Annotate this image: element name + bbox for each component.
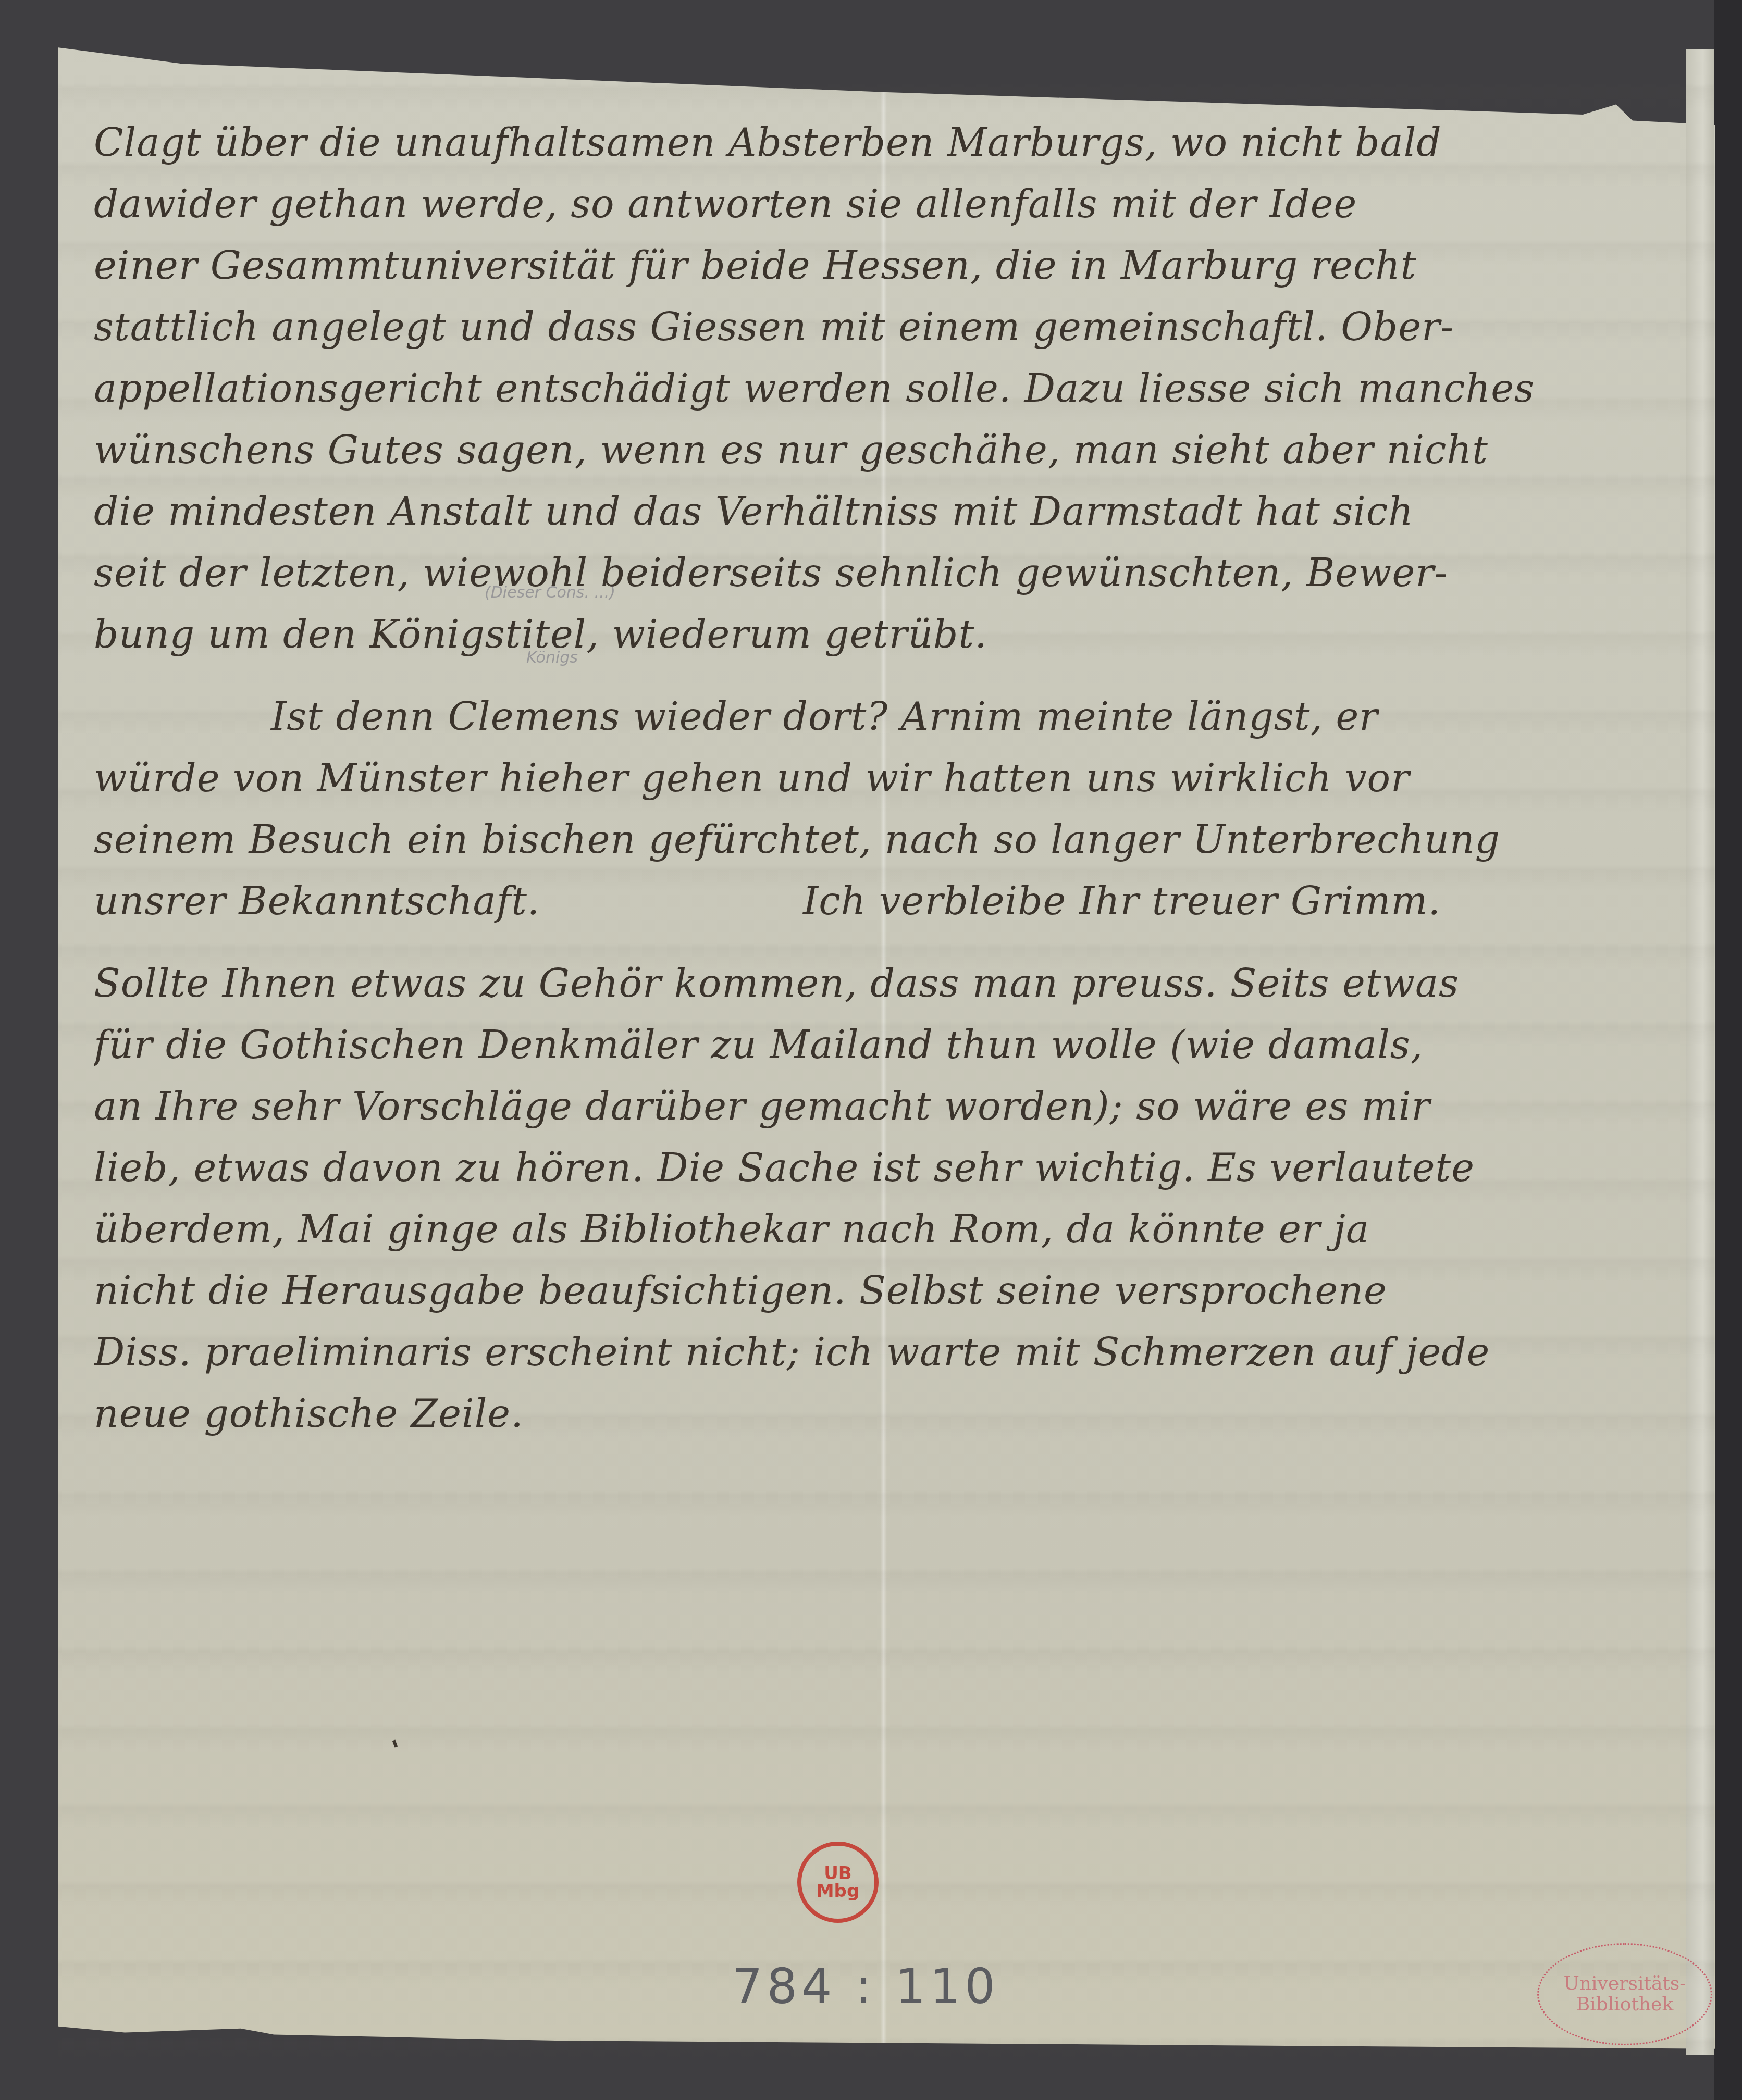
text-line: neue gothische Zeile. xyxy=(94,1383,1667,1445)
text-line: Clagt über die unaufhaltsamen Absterben … xyxy=(94,112,1667,173)
text-line: an Ihre sehr Vorschläge darüber gemacht … xyxy=(94,1076,1667,1137)
text-line: Diss. praeliminaris erscheint nicht; ich… xyxy=(94,1322,1667,1383)
stamp-text-mbg: Mbg xyxy=(817,1882,860,1900)
stamp-text-line1: Universitäts- xyxy=(1564,1973,1686,1994)
text-line: überdem, Mai ginge als Bibliothekar nach… xyxy=(94,1199,1667,1260)
pencil-annotation: Königs xyxy=(526,649,578,667)
text-line: nicht die Herausgabe beaufsichtigen. Sel… xyxy=(94,1260,1667,1322)
paper-right-edge xyxy=(1686,49,1714,2055)
text-line-with-closing: unsrer Bekanntschaft. Ich verbleibe Ihr … xyxy=(94,871,1667,932)
text-line: Ist denn Clemens wieder dort? Arnim mein… xyxy=(94,686,1667,748)
letter-body: Clagt über die unaufhaltsamen Absterben … xyxy=(94,112,1667,1445)
text-line: einer Gesammtuniversität für beide Hesse… xyxy=(94,235,1667,296)
text-line: Sollte Ihnen etwas zu Gehör kommen, dass… xyxy=(94,953,1667,1014)
text-line: bung um den Königstitel, wiederum getrüb… xyxy=(94,604,1667,665)
stamp-text-line2: Bibliothek xyxy=(1576,1994,1674,2015)
ub-marburg-stamp: UB Mbg xyxy=(797,1842,879,1923)
pencil-annotation: (Dieser Cons. ...) xyxy=(485,583,615,602)
text-line: dawider gethan werde, so antworten sie a… xyxy=(94,173,1667,235)
scanner-backdrop-strip xyxy=(1714,0,1742,2100)
university-library-oval-stamp: Universitäts- Bibliothek xyxy=(1537,1943,1712,2045)
text-line: wünschens Gutes sagen, wenn es nur gesch… xyxy=(94,419,1667,481)
text-line: seit der letzten, wiewohl beiderseits se… xyxy=(94,542,1667,604)
stamp-text-ub: UB xyxy=(824,1865,852,1882)
text-line: stattlich angelegt und dass Giessen mit … xyxy=(94,296,1667,358)
text-line: die mindesten Anstalt und das Verhältnis… xyxy=(94,481,1667,542)
letter-closing-signature: Ich verbleibe Ihr treuer Grimm. xyxy=(803,871,1441,932)
text-line: würde von Münster hieher gehen und wir h… xyxy=(94,748,1667,809)
text-line: lieb, etwas davon zu hören. Die Sache is… xyxy=(94,1137,1667,1199)
text-line: für die Gothischen Denkmäler zu Mailand … xyxy=(94,1014,1667,1076)
text-line: appellationsgericht entschädigt werden s… xyxy=(94,358,1667,419)
text-line: seinem Besuch ein bischen gefürchtet, na… xyxy=(94,809,1667,871)
shelfmark-number: 784 : 110 xyxy=(732,1959,999,2015)
text-line: unsrer Bekanntschaft. xyxy=(94,879,540,924)
